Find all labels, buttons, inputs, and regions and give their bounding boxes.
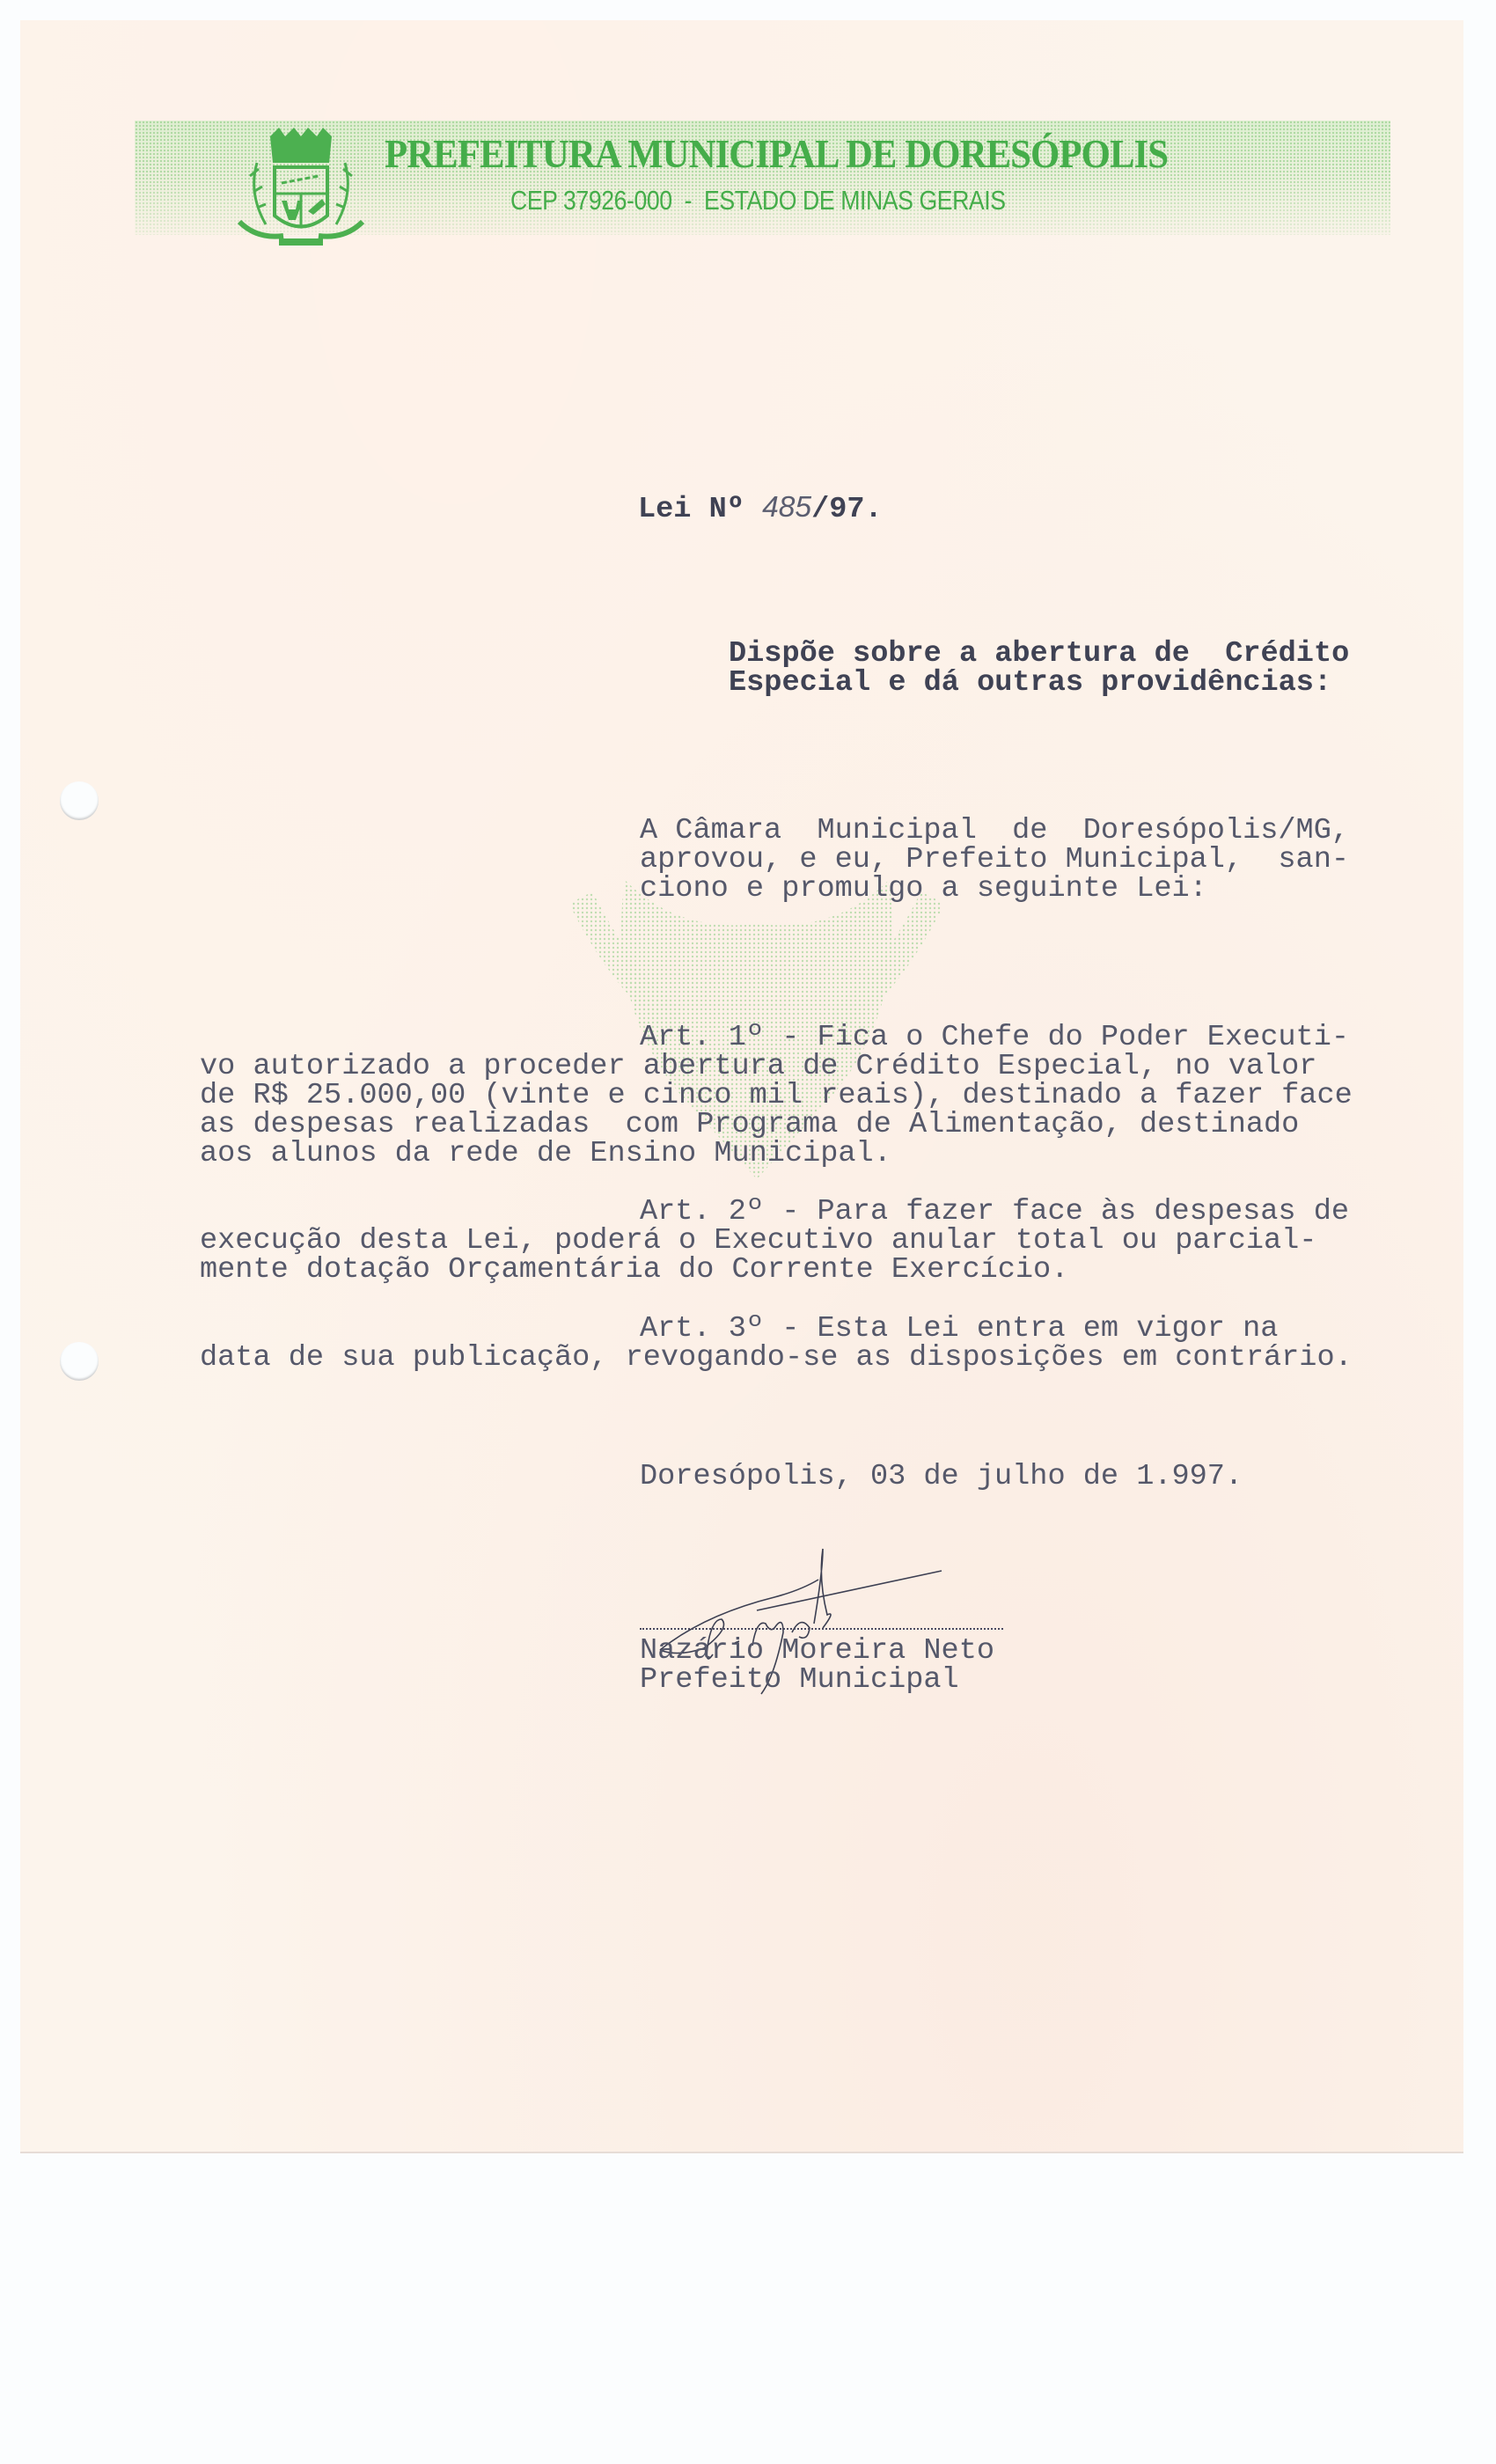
summary-line: Especial e dá outras providências: xyxy=(729,669,1331,698)
article-1-line: Art. 1º - Fica o Chefe do Poder Executi- xyxy=(640,1023,1349,1052)
article-2-line: mente dotação Orçamentária do Corrente E… xyxy=(200,1256,1068,1285)
article-3-line: data de sua publicação, revogando-se as … xyxy=(200,1344,1353,1373)
law-number: Lei Nº 485/97. xyxy=(638,493,883,524)
letterhead-title: PREFEITURA MUNICIPAL DE DORESÓPOLIS xyxy=(385,130,1252,177)
preamble-line: A Câmara Municipal de Doresópolis/MG, xyxy=(640,817,1349,846)
article-2-line: execução desta Lei, poderá o Executivo a… xyxy=(200,1227,1316,1256)
article-1-line: de R$ 25.000,00 (vinte e cinco mil reais… xyxy=(200,1082,1353,1111)
signature-line xyxy=(640,1628,1003,1630)
preamble-line: aprovou, e eu, Prefeito Municipal, san- xyxy=(640,846,1349,875)
law-number-prefix: Lei Nº xyxy=(638,493,762,526)
punch-hole xyxy=(60,781,99,820)
article-3-line: Art. 3º - Esta Lei entra em vigor na xyxy=(640,1315,1278,1344)
law-number-suffix: /97. xyxy=(811,493,883,526)
law-number-value: 485 xyxy=(762,491,811,524)
date-line: Doresópolis, 03 de julho de 1.997. xyxy=(640,1463,1243,1492)
signatory-name: Nazário Moreira Neto xyxy=(640,1637,994,1666)
preamble-line: ciono e promulgo a seguinte Lei: xyxy=(640,875,1207,904)
signatory-title: Prefeito Municipal xyxy=(640,1666,959,1695)
article-2-line: Art. 2º - Para fazer face às despesas de xyxy=(640,1198,1349,1227)
summary-line: Dispõe sobre a abertura de Crédito xyxy=(729,640,1349,669)
punch-hole xyxy=(60,1342,99,1381)
letterhead-subtitle: CEP 37926-000 - ESTADO DE MINAS GERAIS xyxy=(510,185,1006,216)
coat-of-arms-icon xyxy=(231,123,371,260)
article-1-line: aos alunos da rede de Ensino Municipal. xyxy=(200,1140,891,1169)
article-1-line: as despesas realizadas com Programa de A… xyxy=(200,1111,1299,1140)
article-1-line: vo autorizado a proceder abertura de Cré… xyxy=(200,1052,1316,1082)
